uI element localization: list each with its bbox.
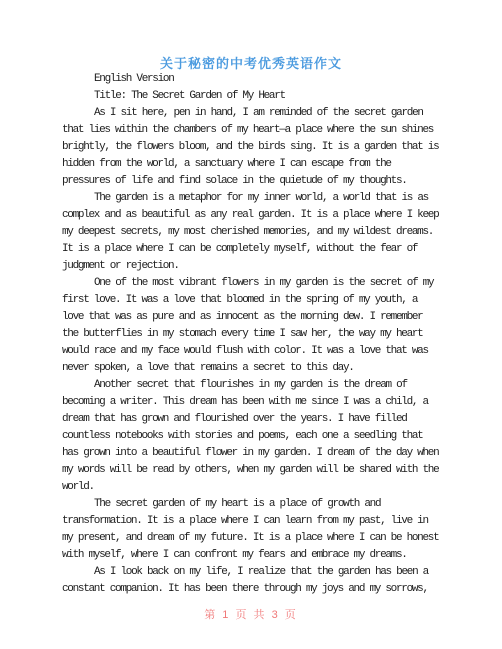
paragraph-metaphor: The garden is a metaphor for my inner wo… <box>62 190 440 275</box>
document-title: 关于秘密的中考优秀英语作文 <box>0 53 502 72</box>
paragraph-first-love: One of the most vibrant flowers in my ga… <box>62 275 440 377</box>
page-number-footer: 第 1 页 共 3 页 <box>0 606 502 622</box>
paragraph-writer-dream: Another secret that flourishes in my gar… <box>62 377 440 496</box>
paragraph-growth: The secret garden of my heart is a place… <box>62 496 440 564</box>
paragraph-companion: As I look back on my life, I realize tha… <box>62 564 440 598</box>
paragraph-intro: As I sit here, pen in hand, I am reminde… <box>62 105 440 190</box>
document-page: 关于秘密的中考优秀英语作文 English Version Title: The… <box>0 0 502 649</box>
essay-title-line: Title: The Secret Garden of My Heart <box>62 88 440 105</box>
document-body: English Version Title: The Secret Garden… <box>62 71 440 598</box>
english-version-label: English Version <box>62 71 440 88</box>
